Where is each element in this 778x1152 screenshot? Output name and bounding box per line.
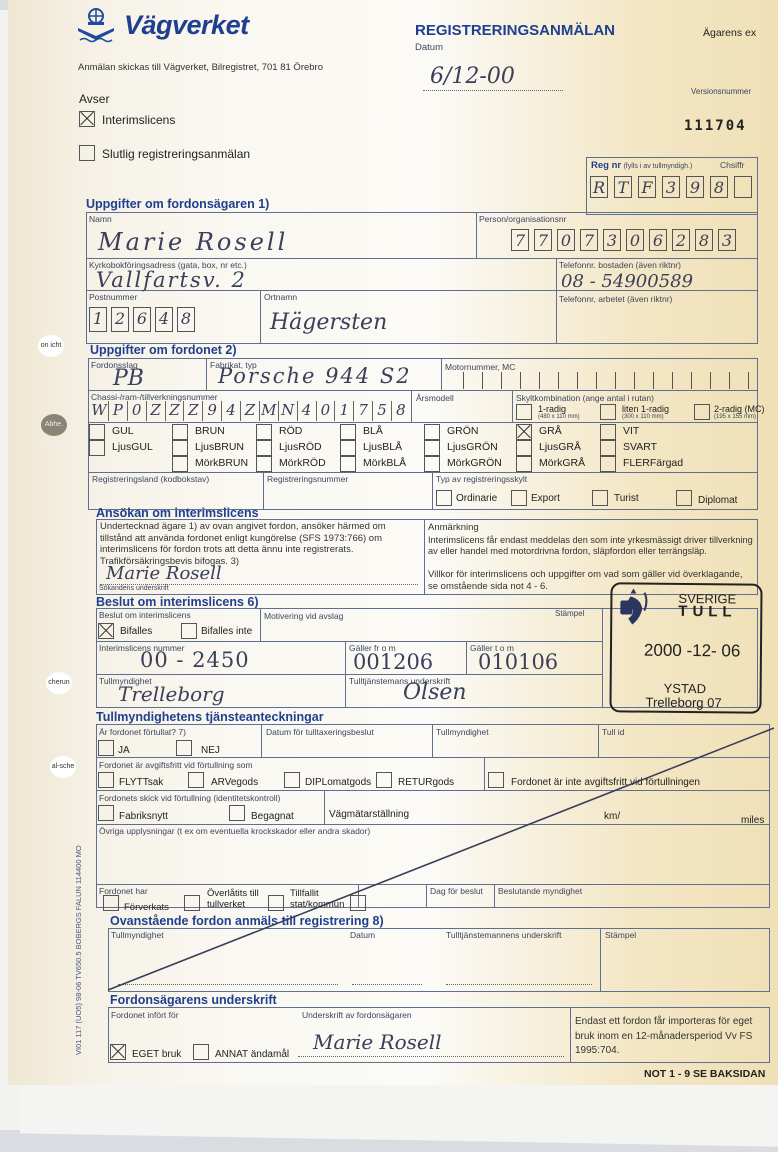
color-checkbox-vit[interactable]: [600, 424, 616, 440]
owner-section-title: Uppgifter om fordonsägaren 1): [86, 197, 269, 211]
name-label: Namn: [89, 214, 112, 224]
owner-signature-label: Underskrift av fordonsägaren: [302, 1010, 412, 1020]
color-label: VIT: [623, 425, 639, 437]
color-checkbox-bla[interactable]: [340, 424, 356, 440]
color-checkbox-ljusbrun[interactable]: [172, 440, 188, 456]
bifalles-checkbox[interactable]: [98, 623, 114, 639]
name-field[interactable]: Marie Rosell: [98, 228, 288, 256]
bifalles-inte-checkbox[interactable]: [181, 623, 197, 639]
footer-note: NOT 1 - 9 SE BAKSIDAN: [644, 1068, 765, 1080]
interimslicens-checkbox[interactable]: [79, 111, 95, 127]
check-digit-field[interactable]: [734, 176, 752, 198]
chassis-char: Z: [166, 401, 185, 421]
color-checkbox-svart[interactable]: [600, 440, 616, 456]
chassis-field[interactable]: W P 0 Z Z Z 9 4 Z M N 4 0 1 7 5 8: [90, 401, 410, 421]
reg-number-field[interactable]: [267, 486, 429, 506]
divider: [88, 472, 758, 473]
motor-label: Motornummer, MC: [445, 362, 515, 372]
avser-label: Avser: [79, 92, 109, 106]
version-label: Versionsnummer: [691, 87, 751, 96]
color-checkbox-ljusgul[interactable]: [89, 440, 105, 456]
plate-combo-1-size: (480 x 110 mm): [538, 414, 580, 420]
binder-hole: al-sche: [50, 756, 76, 778]
binder-hole: Abhe. Basche: [41, 414, 67, 436]
regnr-char[interactable]: R: [590, 176, 608, 198]
plate-combo-label: Skyltkombination (ange antal i rutan): [516, 393, 654, 403]
color-checkbox-ljusgron[interactable]: [424, 440, 440, 456]
regnr-char[interactable]: 8: [710, 176, 728, 198]
divider: [345, 641, 346, 708]
color-checkbox-morkgra[interactable]: [516, 456, 532, 472]
customs-notes-section-title: Tullmyndighetens tjänsteanteckningar: [96, 710, 324, 724]
plate-type-label: Typ av registreringsskylt: [436, 474, 527, 484]
divider: [96, 674, 602, 675]
motivation-label: Motivering vid avslag: [264, 611, 343, 621]
color-grid: GUL LjusGUL BRUN LjusBRUN MörkBRUN RÖD L…: [88, 423, 758, 472]
divider: [206, 358, 207, 390]
date-line: [423, 90, 563, 91]
pnr-digit[interactable]: 7: [511, 229, 529, 251]
chassis-char: 8: [392, 401, 410, 421]
chassis-char: 7: [354, 401, 373, 421]
valid-to-field[interactable]: 010106: [478, 650, 558, 674]
plate-type-export-checkbox[interactable]: [511, 490, 527, 506]
eget-bruk-checkbox[interactable]: [110, 1044, 126, 1060]
strike-through-line: [104, 726, 776, 994]
phone-home-field[interactable]: 08 - 54900589: [561, 271, 693, 292]
color-checkbox-morkbla[interactable]: [340, 456, 356, 472]
color-label: LjusBLÅ: [363, 441, 402, 453]
check-digit-label: Chsiffr: [720, 160, 744, 170]
bifalles-inte-label: Bifalles inte: [201, 626, 252, 637]
regnr-title: Reg nr: [591, 160, 621, 171]
color-checkbox-morkrod[interactable]: [256, 456, 272, 472]
city-label: Ortnamn: [264, 292, 297, 302]
plate-type-label: Ordinarie: [456, 493, 497, 504]
color-label: LjusGRÅ: [539, 441, 581, 453]
regnr-sublabel: (fylls i av tullmyndigh.): [623, 163, 692, 170]
plate-type-ordinarie-checkbox[interactable]: [436, 490, 452, 506]
divider: [86, 258, 758, 259]
motivation-field[interactable]: [264, 622, 598, 640]
vehicle-type-field[interactable]: PB: [113, 366, 144, 391]
application-text: Undertecknad ägare 1) av ovan angivet fo…: [100, 521, 420, 567]
pnr-digit[interactable]: 3: [718, 229, 736, 251]
slutlig-label: Slutlig registreringsanmälan: [102, 147, 250, 161]
chassis-char: 4: [298, 401, 317, 421]
color-label: MörkGRÅ: [539, 457, 585, 469]
color-label: MörkRÖD: [279, 457, 326, 469]
binder-hole: cherun: [46, 672, 72, 694]
postnr-digit[interactable]: 2: [111, 307, 129, 332]
pnr-digit[interactable]: 3: [603, 229, 621, 251]
side-print: VI01 117 (UO5) 98-06 TV650.5 BOBERGS FAL…: [74, 845, 83, 1055]
color-label: LjusGUL: [112, 441, 153, 453]
color-label: GRÅ: [539, 425, 562, 437]
regnr-char[interactable]: 3: [662, 176, 680, 198]
vagverket-logo-icon: [76, 6, 116, 46]
divider: [424, 519, 425, 595]
divider: [263, 472, 264, 510]
version-number: 111704: [684, 118, 747, 134]
chassis-char: 4: [222, 401, 241, 421]
pnr-digit[interactable]: 7: [534, 229, 552, 251]
make-field[interactable]: Porsche 944 S2: [218, 364, 412, 388]
brand-name: Vägverket: [124, 10, 249, 41]
mailing-address: Anmälan skickas till Vägverket, Bilregis…: [78, 62, 323, 73]
color-checkbox-ljusbla[interactable]: [340, 440, 356, 456]
chassis-char: Z: [241, 401, 260, 421]
color-label: GRÖN: [447, 425, 479, 437]
chassis-char: Z: [184, 401, 203, 421]
postnr-digit[interactable]: 4: [155, 307, 173, 332]
vehicle-section-title: Uppgifter om fordonet 2): [90, 343, 237, 357]
color-checkbox-gul[interactable]: [89, 424, 105, 440]
reg-country-field[interactable]: [92, 486, 260, 506]
stamp-office: Trelleborg 07: [645, 695, 721, 711]
color-label: RÖD: [279, 425, 302, 437]
pnr-digit[interactable]: 7: [580, 229, 598, 251]
chassis-char: 0: [317, 401, 336, 421]
copy-label: Ägarens ex: [703, 27, 756, 39]
color-checkbox-morkgron[interactable]: [424, 456, 440, 472]
postnr-label: Postnummer: [89, 292, 137, 302]
plate-combo-3-label: 2-radig (MC): [714, 404, 765, 414]
remark-label: Anmärkning: [428, 522, 479, 533]
phone-work-label: Telefonnr, arbetet (även riktnr): [559, 294, 672, 304]
decision-section-title: Beslut om interimslicens 6): [96, 595, 259, 609]
color-label: LjusBRUN: [195, 441, 244, 453]
bifalles-label: Bifalles: [120, 626, 152, 637]
plate-combo-3-size: (195 x 155 mm): [714, 414, 756, 420]
postnr-digit[interactable]: 1: [89, 307, 107, 332]
color-label: GUL: [112, 425, 134, 437]
color-checkbox-morkbrun[interactable]: [172, 456, 188, 472]
pnr-digit[interactable]: 0: [626, 229, 644, 251]
pnr-digit[interactable]: 2: [672, 229, 690, 251]
interimslicens-label: Interimslicens: [102, 113, 175, 127]
owner-signature-section-title: Fordonsägarens underskrift: [110, 993, 277, 1007]
chassis-char: 0: [128, 401, 147, 421]
plate-type-label: Diplomat: [698, 495, 737, 506]
pnr-digit[interactable]: 6: [649, 229, 667, 251]
divider: [88, 390, 758, 391]
eget-bruk-label: EGET bruk: [132, 1049, 181, 1060]
color-label: LjusGRÖN: [447, 441, 498, 453]
regnr-char[interactable]: 9: [686, 176, 704, 198]
plate-combo-3-checkbox[interactable]: [694, 404, 710, 420]
postnr-digit[interactable]: 6: [133, 307, 151, 332]
color-label: MörkBLÅ: [363, 457, 406, 469]
plate-type-label: Export: [531, 493, 560, 504]
color-label: MörkBRUN: [195, 457, 248, 469]
color-checkbox-gron[interactable]: [424, 424, 440, 440]
reg-number-label: Registreringsnummer: [267, 474, 348, 484]
pnr-digit[interactable]: 0: [557, 229, 575, 251]
applicant-signature-field[interactable]: Marie Rosell: [106, 563, 222, 584]
plate-combo-1-label: 1-radig: [538, 404, 566, 414]
divider: [432, 472, 433, 510]
color-checkbox-rod[interactable]: [256, 424, 272, 440]
remark-text: Interimslicens får endast meddelas den s…: [428, 535, 754, 557]
officer-signature-field[interactable]: Olsen: [403, 680, 467, 705]
phone-home-label: Telefonnr. bostaden (även riktnr): [559, 260, 681, 270]
chassis-char: Z: [147, 401, 166, 421]
city-field[interactable]: Hägersten: [270, 310, 387, 335]
license-number-field[interactable]: 00 - 2450: [140, 648, 250, 672]
regnr-char[interactable]: F: [638, 176, 656, 198]
color-checkbox-flerfargad[interactable]: [600, 456, 616, 472]
chassis-char: P: [109, 401, 128, 421]
reg-country-label: Registreringsland (kodbokstav): [92, 474, 209, 484]
color-label: SVART: [623, 441, 657, 453]
binder-hole: on icht: [38, 335, 64, 357]
stamp-agency: TULL: [678, 603, 736, 621]
color-checkbox-gra[interactable]: [516, 424, 532, 440]
divider: [260, 608, 261, 641]
plate-combo-2-label: liten 1-radig: [622, 404, 669, 414]
import-note: Endast ett fordon får importeras för ege…: [575, 1015, 765, 1059]
customs-stamp: SVERIGE TULL 2000 -12- 06 YSTAD Trellebo…: [609, 582, 762, 713]
postnr-digit[interactable]: 8: [177, 307, 195, 332]
divider: [466, 641, 467, 674]
year-model-field[interactable]: [416, 404, 508, 420]
color-checkbox-brun[interactable]: [172, 424, 188, 440]
plate-type-turist-checkbox[interactable]: [592, 490, 608, 506]
color-label: BLÅ: [363, 425, 383, 437]
chassis-char: M: [260, 401, 279, 421]
divider: [441, 358, 442, 390]
divider: [556, 258, 557, 344]
year-model-label: Årsmodell: [416, 393, 454, 403]
stamp-place: YSTAD: [664, 681, 707, 696]
color-label: BRUN: [195, 425, 225, 437]
pnr-label: Person/organisationsnr: [479, 214, 566, 224]
divider: [476, 212, 477, 258]
divider: [411, 390, 412, 422]
plate-combo-2-checkbox[interactable]: [600, 404, 616, 420]
divider: [602, 608, 603, 708]
color-label: FLERFärgad: [623, 457, 683, 469]
plate-combo-2-size: (300 x 110 mm): [622, 414, 664, 420]
annat-andamal-label: ANNAT ändamål: [215, 1049, 289, 1060]
stamp-date: 2000 -12- 06: [644, 641, 741, 662]
divider: [260, 290, 261, 344]
decision-label: Beslut om interimslicens: [99, 610, 191, 620]
address-field[interactable]: Vallfartsv. 2: [96, 268, 247, 292]
decision-authority-field[interactable]: Trelleborg: [118, 682, 225, 706]
date-field[interactable]: 6/12-00: [430, 64, 515, 89]
plate-type-diplomat-checkbox[interactable]: [676, 490, 692, 506]
chassis-char: 9: [203, 401, 222, 421]
color-checkbox-ljusrod[interactable]: [256, 440, 272, 456]
date-label: Datum: [415, 42, 443, 53]
valid-from-field[interactable]: 001206: [353, 650, 433, 674]
plate-type-label: Turist: [614, 493, 639, 504]
color-label: LjusRÖD: [279, 441, 322, 453]
chassis-char: 5: [373, 401, 392, 421]
form-sheet: on icht Abhe. Basche cherun al-sche VI01…: [8, 0, 778, 1085]
decision-stamp-label: Stämpel: [555, 609, 584, 618]
lion-crest-icon: [616, 586, 650, 626]
chassis-char: N: [279, 401, 298, 421]
phone-work-field[interactable]: [559, 308, 754, 340]
annat-andamal-checkbox[interactable]: [193, 1044, 209, 1060]
color-checkbox-ljusgra[interactable]: [516, 440, 532, 456]
chassis-char: W: [90, 401, 109, 421]
regnr-label: Reg nr (fylls i av tullmyndigh.): [591, 160, 692, 171]
divider: [96, 641, 602, 642]
divider: [570, 1007, 571, 1063]
applicant-signature-label: Sökandens underskrift: [99, 585, 169, 592]
slutlig-checkbox[interactable]: [79, 145, 95, 161]
owner-signature-field[interactable]: Marie Rosell: [313, 1030, 442, 1054]
divider: [512, 390, 513, 422]
color-label: MörkGRÖN: [447, 457, 502, 469]
plate-combo-1-checkbox[interactable]: [516, 404, 532, 420]
imported-for-label: Fordonet infört för: [111, 1010, 179, 1020]
owner-signature-line: [298, 1056, 564, 1057]
motor-number-field[interactable]: [445, 372, 755, 389]
pnr-digit[interactable]: 8: [695, 229, 713, 251]
regnr-char[interactable]: T: [614, 176, 632, 198]
application-section-title: Ansökan om interimslicens: [96, 506, 259, 520]
form-title: REGISTRERINGSANMÄLAN: [415, 22, 615, 39]
chassis-char: 1: [335, 401, 354, 421]
